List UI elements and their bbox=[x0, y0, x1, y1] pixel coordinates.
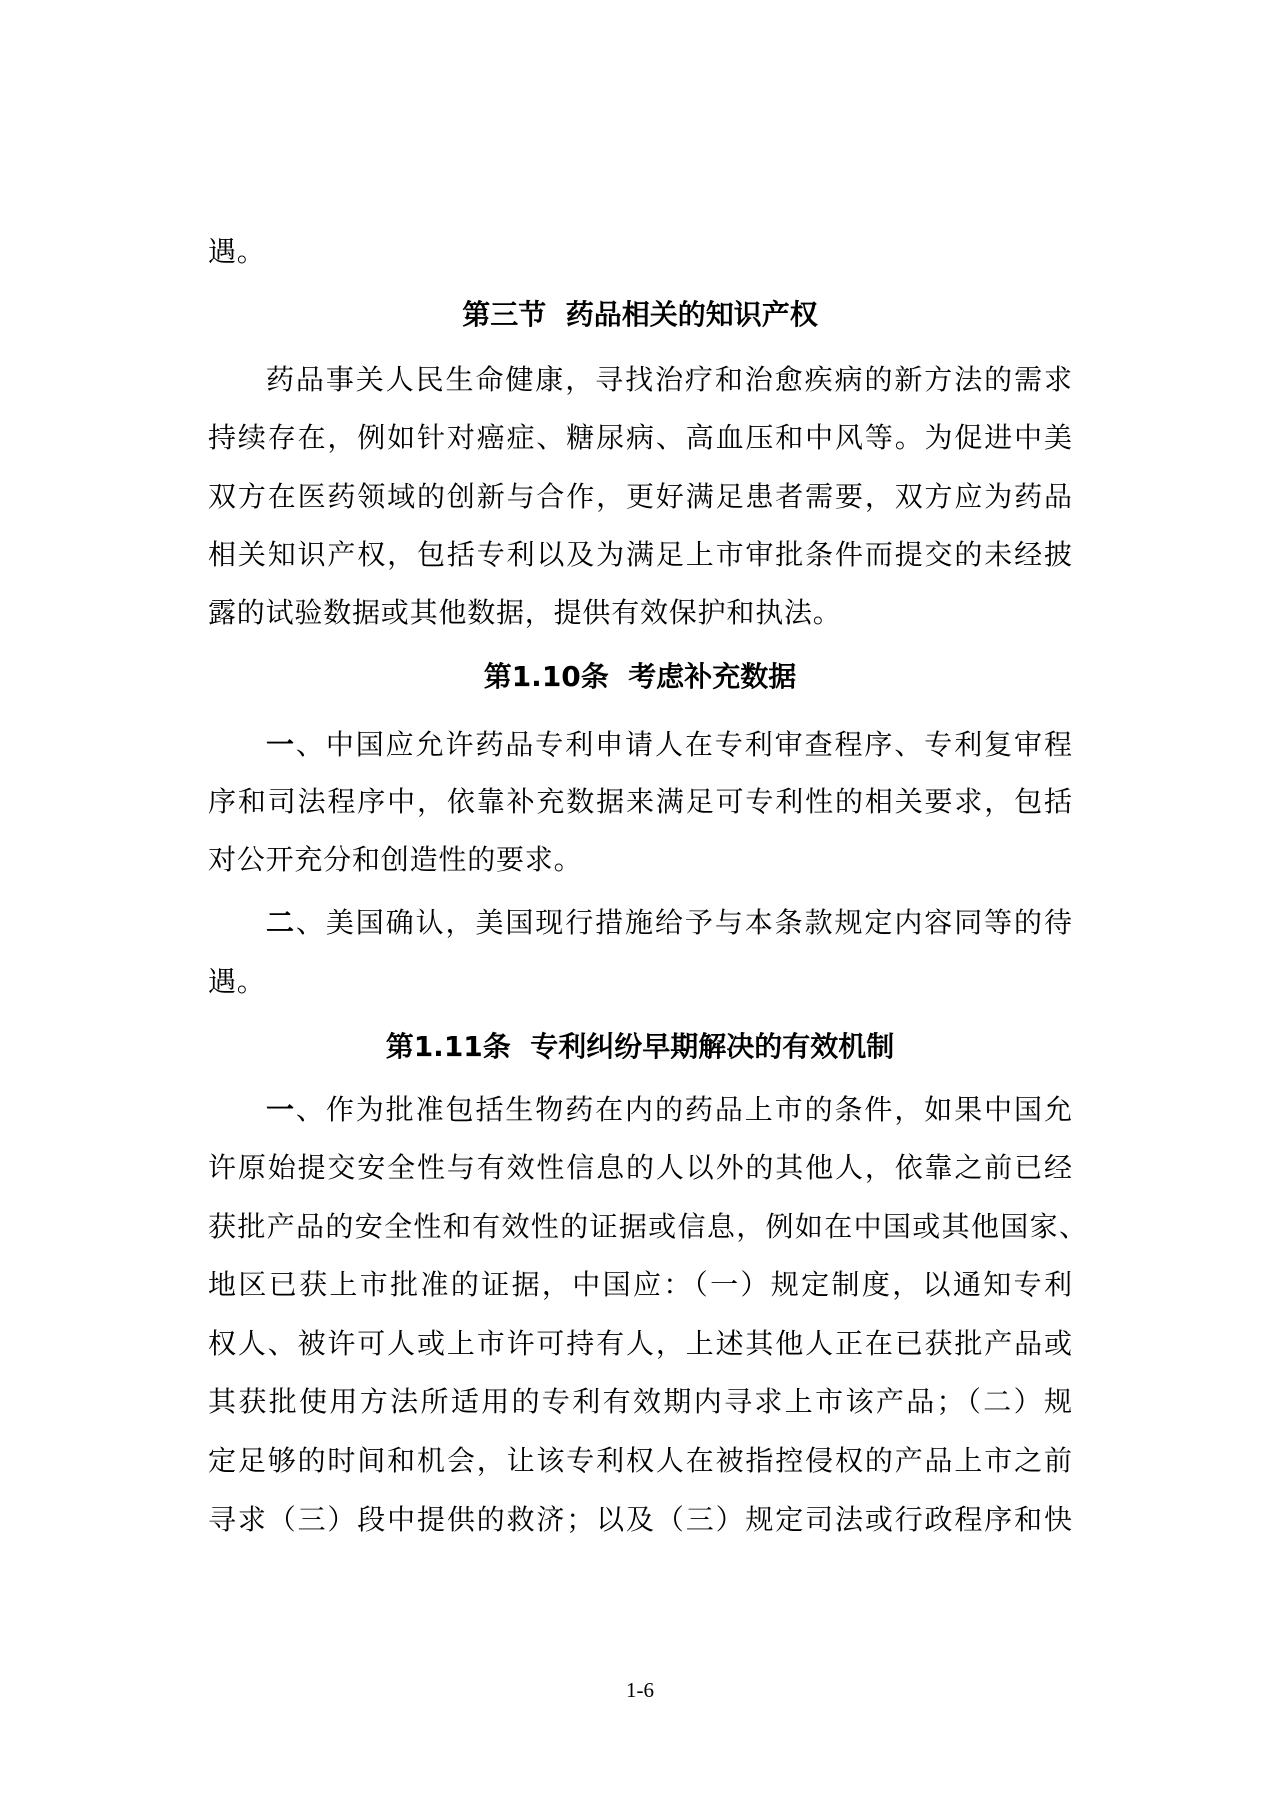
paragraph-line: 许原始提交安全性与有效性信息的人以外的其他人，依靠之前已经 bbox=[208, 1148, 1072, 1188]
page-number: 1-6 bbox=[0, 1676, 1280, 1704]
paragraph-line: 序和司法程序中，依靠补充数据来满足可专利性的相关要求，包括 bbox=[208, 782, 1072, 822]
paragraph-line: 对公开充分和创造性的要求。 bbox=[208, 840, 1072, 880]
paragraph-line: 权人、被许可人或上市许可持有人，上述其他人正在已获批产品或 bbox=[208, 1324, 1072, 1364]
paragraph-line: 相关知识产权，包括专利以及为满足上市审批条件而提交的未经披 bbox=[208, 535, 1072, 575]
clause-number: 二 bbox=[266, 906, 296, 939]
clause-number: 一 bbox=[266, 728, 296, 761]
paragraph-line: 定足够的时间和机会，让该专利权人在被指控侵权的产品上市之前 bbox=[208, 1441, 1072, 1481]
paragraph-line: 获批产品的安全性和有效性的证据或信息，例如在中国或其他国家、 bbox=[208, 1207, 1087, 1247]
clause-separator: 、 bbox=[296, 1093, 326, 1126]
clause-separator: 、 bbox=[296, 906, 326, 939]
clause-number: 一 bbox=[266, 1093, 296, 1126]
paragraph-line: 遇。 bbox=[208, 962, 1072, 1002]
paragraph-line: 双方在医药领域的创新与合作，更好满足患者需要，双方应为药品 bbox=[208, 477, 1072, 517]
paragraph-line: 地区已获上市批准的证据，中国应：（一）规定制度，以通知专利 bbox=[208, 1265, 1072, 1305]
paragraph-line: 药品事关人民生命健康，寻找治疗和治愈疾病的新方法的需求 bbox=[266, 360, 1072, 400]
paragraph-line: 持续存在，例如针对癌症、糖尿病、高血压和中风等。为促进中美 bbox=[208, 418, 1072, 458]
clause-text: 中国应允许药品专利申请人在专利审查程序、专利复审程 bbox=[326, 728, 1072, 761]
paragraph-line: 寻求（三）段中提供的救济；以及（三）规定司法或行政程序和快 bbox=[208, 1500, 1072, 1540]
document-page: 遇。 第三节 药品相关的知识产权 药品事关人民生命健康，寻找治疗和治愈疾病的新方… bbox=[0, 0, 1280, 1810]
article-1-11-heading: 第1.11条 专利纠纷早期解决的有效机制 bbox=[0, 1027, 1280, 1067]
paragraph-line: 其获批使用方法所适用的专利有效期内寻求上市该产品；（二）规 bbox=[208, 1382, 1072, 1422]
clause-separator: 、 bbox=[296, 728, 326, 761]
section-heading: 第三节 药品相关的知识产权 bbox=[0, 295, 1280, 335]
clause-text: 作为批准包括生物药在内的药品上市的条件，如果中国允 bbox=[326, 1093, 1072, 1126]
paragraph-line: 露的试验数据或其他数据，提供有效保护和执法。 bbox=[208, 593, 1072, 633]
clause-text: 美国确认，美国现行措施给予与本条款规定内容同等的待 bbox=[326, 906, 1072, 939]
paragraph-line: 一、作为批准包括生物药在内的药品上市的条件，如果中国允 bbox=[266, 1090, 1072, 1130]
paragraph-line: 一、中国应允许药品专利申请人在专利审查程序、专利复审程 bbox=[266, 725, 1072, 765]
article-1-10-heading: 第1.10条 考虑补充数据 bbox=[0, 657, 1280, 697]
continuation-text: 遇。 bbox=[208, 232, 1072, 272]
paragraph-line: 二、美国确认，美国现行措施给予与本条款规定内容同等的待 bbox=[266, 903, 1072, 943]
